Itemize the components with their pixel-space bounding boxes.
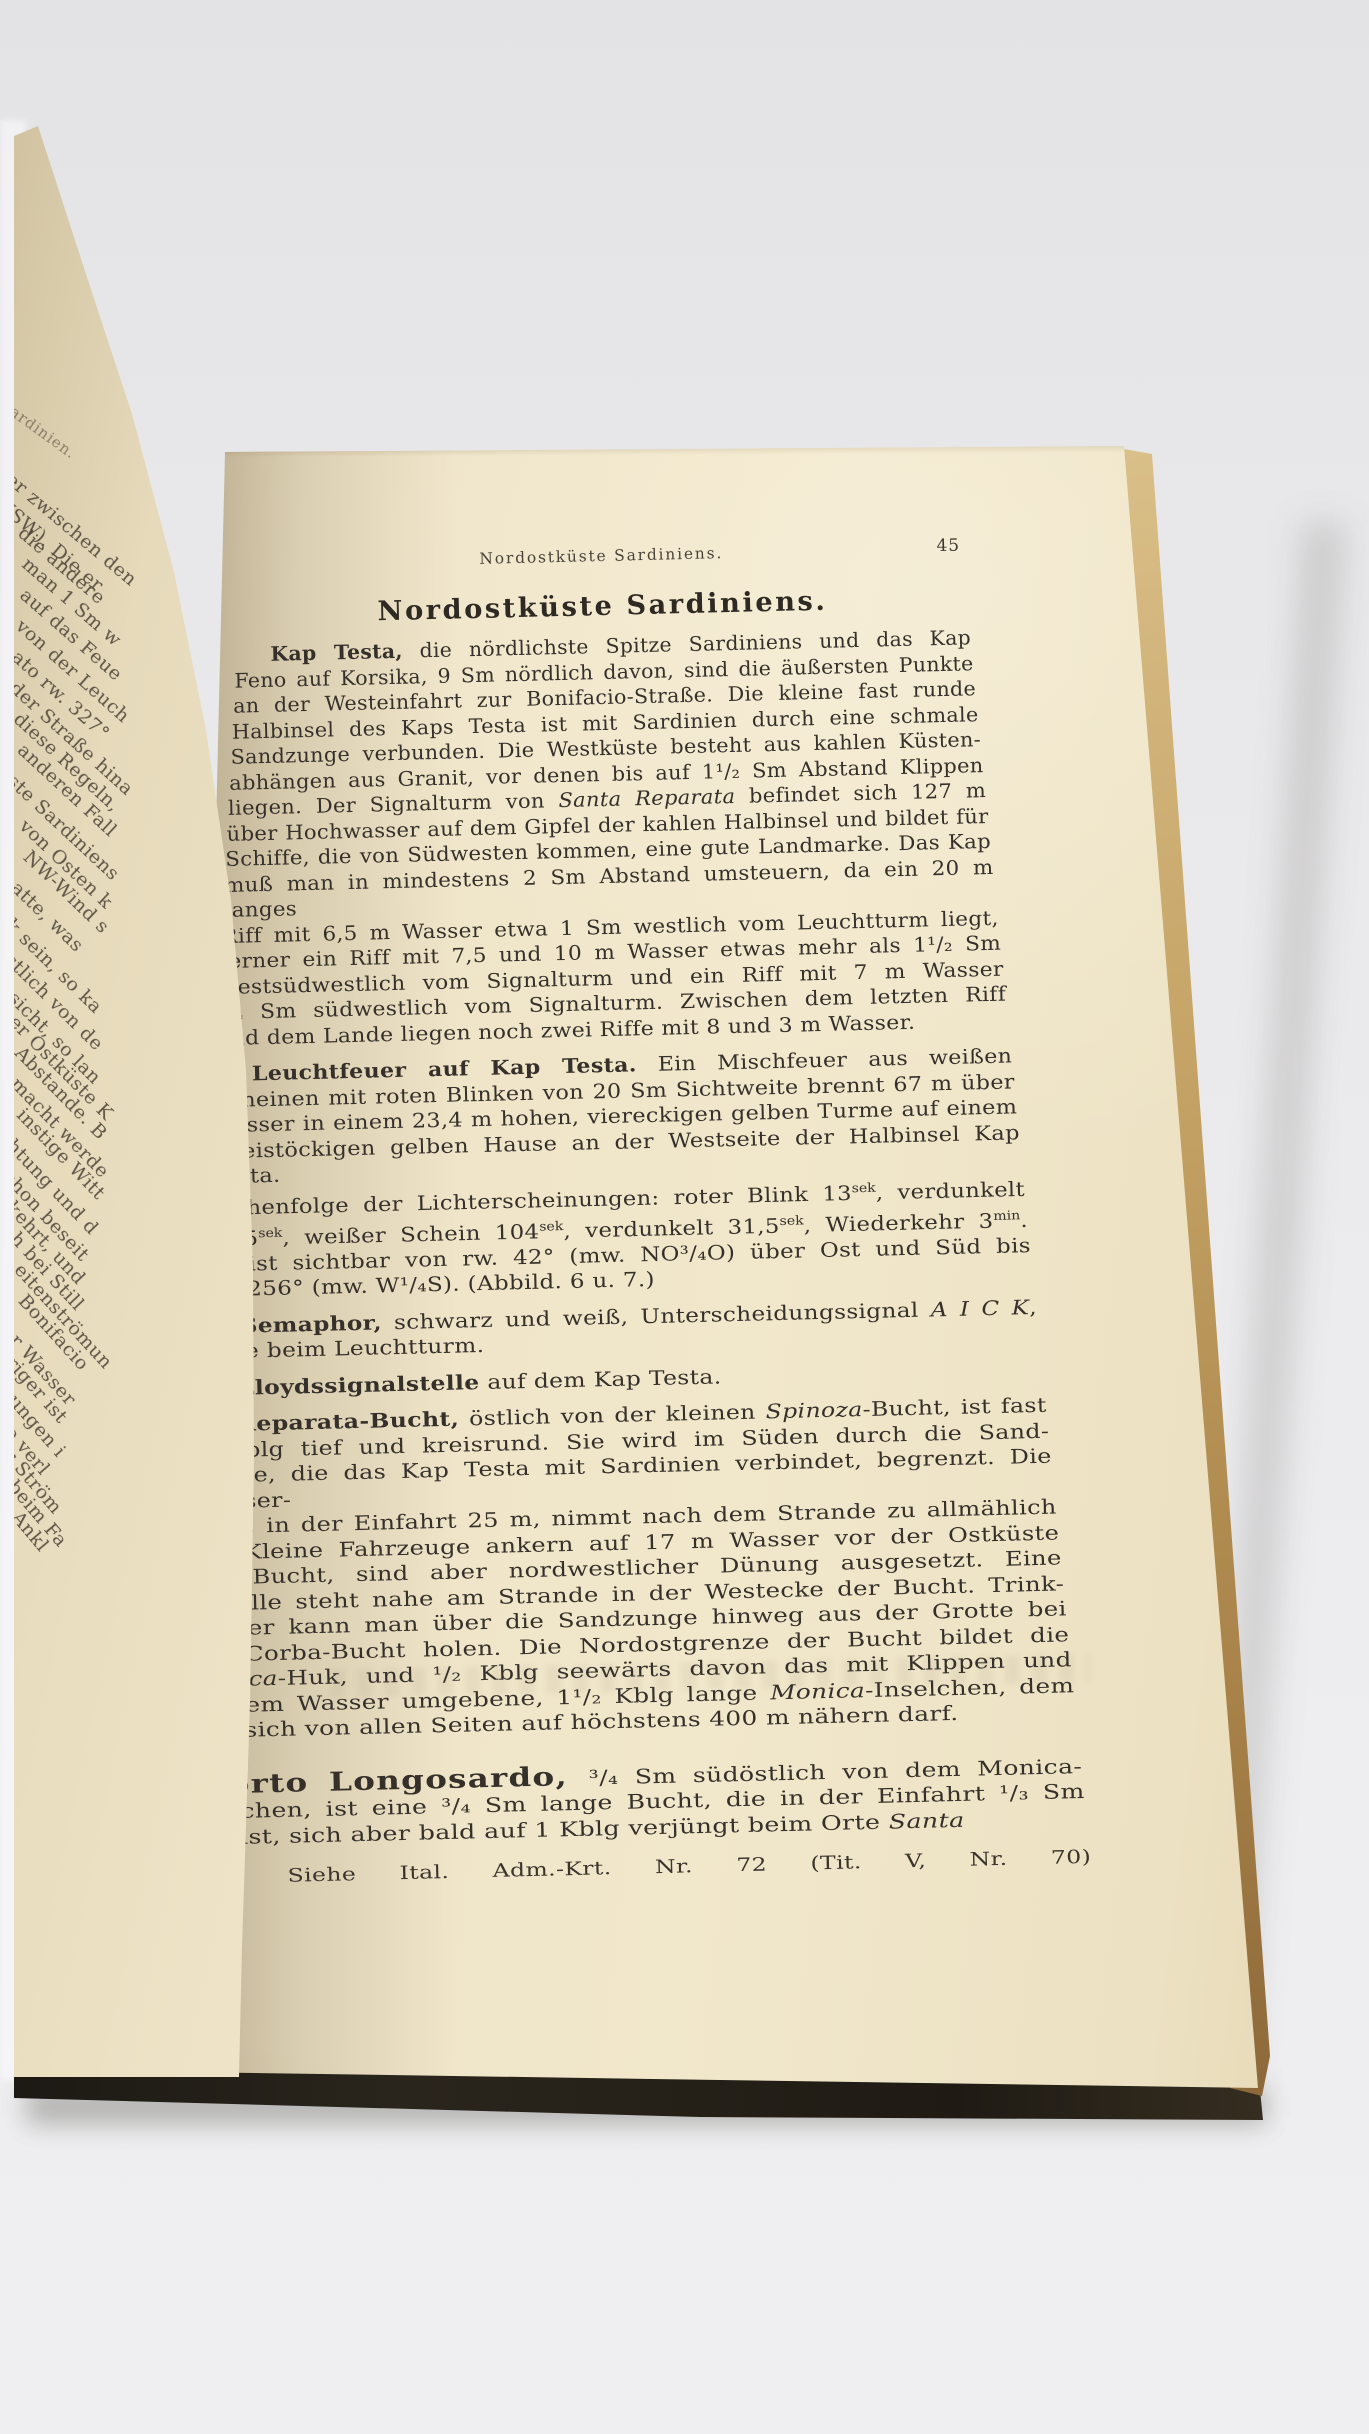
paragraph: Lloydssignalstelle auf dem Kap Testa. xyxy=(259,1358,981,1401)
running-head: Nordostküste Sardiniens. xyxy=(479,544,723,568)
paragraph: Semaphor, schwarz und weiß, Unterscheidu… xyxy=(258,1296,981,1364)
body-paragraphs: Kap Testa, die nördlichste Spitze Sardin… xyxy=(242,625,992,1849)
book-photo: Nordostküste Sardiniens. 45 Nordostküste… xyxy=(0,0,1369,2434)
paragraph: Porto Longosardo, ³/₄ Sm südöstlich von … xyxy=(269,1756,993,1849)
section-heading: Nordostküste Sardiniens. xyxy=(238,581,967,631)
page-number: 45 xyxy=(936,535,960,558)
paragraph: Kap Testa, die nördlichste Spitze Sardin… xyxy=(242,625,973,1050)
paragraph: Leuchtfeuer auf Kap Testa. Ein Mischfeue… xyxy=(252,1044,979,1302)
page-text: Nordostküste Sardiniens. 45 Nordostküste… xyxy=(240,536,993,1889)
paragraph: Reparata-Bucht, östlich von der kleinen … xyxy=(260,1395,990,1743)
